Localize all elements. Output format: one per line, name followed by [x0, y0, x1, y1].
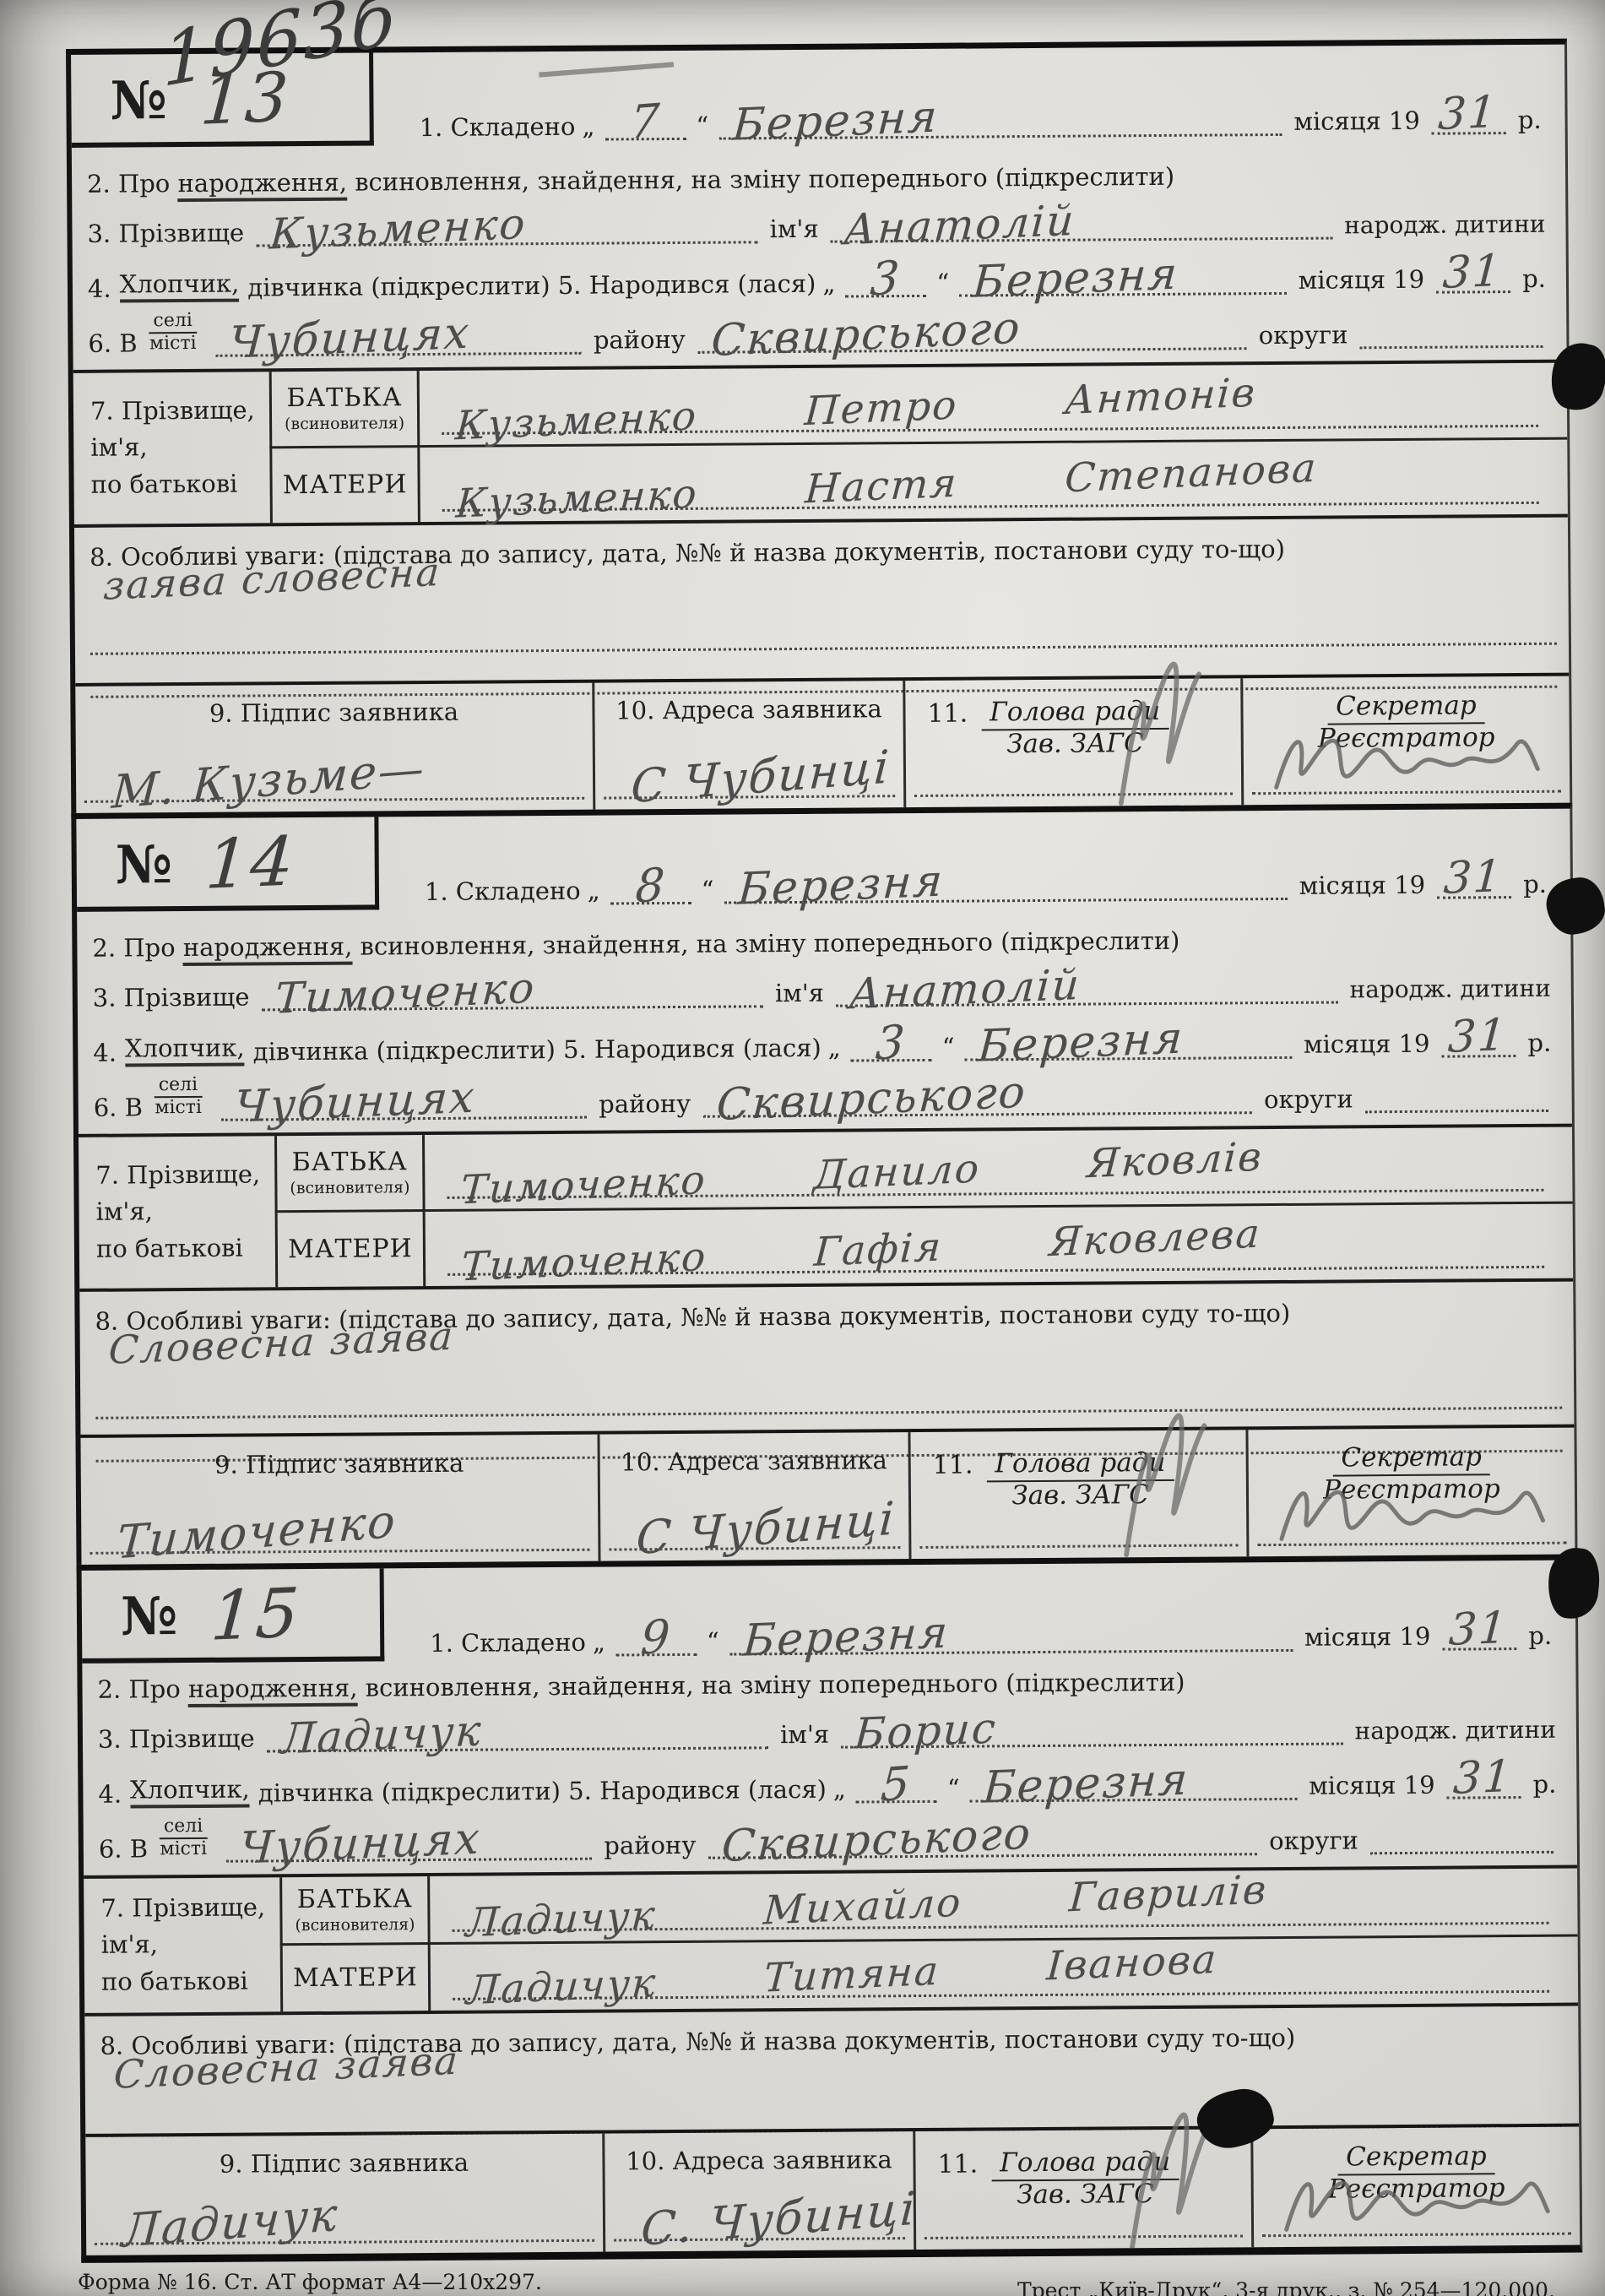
birth-day-field: 3 — [845, 259, 926, 298]
mother-label: МАТЕРИ — [293, 1962, 418, 1993]
surname-label: 3. Прізвище — [93, 983, 250, 1012]
given-name-value: Анатолій — [843, 199, 1076, 252]
council-head-cell: 11. Голова ради Зав. ЗАГС — [908, 1430, 1246, 1559]
surname-label: 3. Прізвище — [87, 219, 244, 248]
child-name-line: 3. Прізвище Тимоченко ім'я Анатолій наро… — [78, 964, 1571, 1012]
quote-close: “ — [947, 1774, 960, 1803]
parents-label-line2: по батькові — [101, 1962, 280, 2000]
adopter-label: (всиновителя) — [295, 1915, 415, 1935]
composed-day-field: 8 — [610, 866, 691, 905]
applicant-signature-label: 9. Підпис заявника — [81, 1448, 598, 1480]
father-value: Тимоченко Данило Яковлів — [459, 1137, 1264, 1210]
boy-underlined: Хлопчик, — [119, 269, 239, 303]
line2-underlined-birth: народження, — [177, 168, 347, 202]
district-value: Сквирського — [720, 1811, 1033, 1869]
line2-underlined-birth: народження, — [188, 1674, 358, 1707]
village-town-fraction: селі місті — [149, 311, 197, 354]
line4-mid: дівчинка (підкреслити) 5. Народився (лас… — [258, 1775, 827, 1808]
child-label: народж. дитини — [1354, 1716, 1556, 1745]
applicant-address-value: С Чубинці — [630, 744, 892, 810]
record-number-box: № 14 — [76, 817, 379, 911]
secretary-cell: Секретар Реєстратор — [1240, 676, 1570, 806]
parents-section: 7. Прізвище, ім'я, по батькові БАТЬКА (в… — [84, 1864, 1578, 2016]
composed-day-field: 7 — [605, 102, 686, 141]
record-header: № 14 1. Складено „ 8 “ Березня місяця 19… — [76, 809, 1570, 912]
given-name-field: Борис — [841, 1707, 1343, 1748]
quote-close: “ — [702, 876, 714, 904]
composed-line: 1. Складено „ 8 “ Березня місяця 19 31 р… — [378, 809, 1570, 910]
birth-month-field: Березня — [959, 257, 1287, 297]
district-label: району — [604, 1830, 696, 1859]
given-name-field: Анатолій — [831, 202, 1333, 243]
secretary-cell: Секретар Реєстратор — [1250, 2127, 1580, 2248]
month-prefix: місяця 19 — [1299, 265, 1425, 295]
council-head-fraction: Голова ради Зав. ЗАГС — [986, 1449, 1174, 1559]
village-field: Чубинцях — [215, 316, 582, 356]
mother-entry: Ладичук Титяна Іванова — [431, 1936, 1579, 2010]
line2-pre: 2. Про — [97, 1675, 180, 1704]
birth-day-value: 3 — [870, 255, 903, 303]
parents-section: 7. Прізвище, ім'я, по батькові БАТЬКА (в… — [73, 359, 1568, 527]
dotted-rule — [95, 1406, 1562, 1419]
quote-open: „ — [588, 877, 600, 905]
record-number-value: 15 — [209, 1579, 303, 1651]
remarks-line: 8. Особливі уваги: (підстава до запису, … — [95, 1295, 1562, 1379]
secretary-fraction: Секретар Реєстратор — [1318, 692, 1495, 804]
birth-year-value: 31 — [1447, 1013, 1509, 1060]
line2-underlined-birth: народження, — [183, 932, 353, 966]
month-prefix: місяця 19 — [1299, 871, 1426, 900]
council-head-cell: 11. Голова ради Зав. ЗАГС — [903, 678, 1241, 807]
quote-close: “ — [936, 269, 949, 297]
no-sign: № — [115, 833, 174, 895]
composed-month-field: Березня — [718, 98, 1282, 140]
quote-close: “ — [707, 1627, 719, 1656]
father-label: БАТЬКА — [292, 1147, 408, 1177]
boy-underlined: Хлопчик, — [130, 1775, 250, 1809]
father-entry: Тимоченко Данило Яковлів — [425, 1126, 1573, 1211]
birth-day-field: 5 — [856, 1765, 937, 1804]
child-label: народж. дитини — [1349, 974, 1551, 1004]
secretary-fraction: Секретар Реєстратор — [1323, 1443, 1500, 1555]
mother-role-cell: МАТЕРИ — [275, 1212, 426, 1287]
village-value: Чубинцях — [238, 1816, 482, 1870]
mother-field: Кузьменко Настя Степанова — [442, 501, 1539, 511]
name-label: ім'я — [780, 1720, 829, 1749]
applicant-signature-value: Ладичук — [121, 2192, 340, 2255]
birth-month-value: Березня — [972, 252, 1180, 304]
birth-year-field: 31 — [1436, 255, 1510, 294]
zags-head-label: Зав. ЗАГС — [1006, 730, 1144, 760]
okruha-field — [1370, 1815, 1553, 1854]
father-entry: Кузьменко Петро Антонів — [420, 362, 1568, 447]
father-role-cell: БАТЬКА (всиновителя) — [269, 371, 420, 448]
village-word: селі — [160, 1816, 208, 1839]
parents-label: 7. Прізвище, ім'я, по батькові — [84, 1889, 280, 2000]
father-field: Ладичук Михайло Гаврилів — [453, 1921, 1549, 1931]
applicant-signature-label: 9. Підпис заявника — [75, 697, 592, 729]
remarks-line: 8. Особливі уваги: (підстава до запису, … — [100, 2019, 1567, 2103]
surname-label: 3. Прізвище — [98, 1723, 255, 1753]
district-label: району — [599, 1088, 691, 1118]
sex-and-birthdate-line: 4. Хлопчик, дівчинка (підкреслити) 5. На… — [73, 255, 1566, 303]
applicant-address-cell: 10. Адреса заявника С. Чубинці — [602, 2131, 914, 2252]
parents-section: 7. Прізвище, ім'я, по батькові БАТЬКА (в… — [79, 1123, 1573, 1291]
town-word: місті — [160, 1839, 207, 1859]
scanned-registry-page: 1963б № 13 1. Складено „ 7 “ Березня міс… — [0, 0, 1605, 2296]
applicant-address-label: 10. Адреса заявника — [594, 694, 903, 725]
form-number-footnote: Форма № 16. Ст. АТ формат А4—210х297. — [78, 2270, 542, 2294]
line2-post: всиновлення, знайдення, на зміну поперед… — [360, 926, 1179, 961]
father-entry: Ладичук Михайло Гаврилів — [430, 1868, 1578, 1944]
father-label: БАТЬКА — [286, 383, 402, 413]
father-role-cell: БАТЬКА (всиновителя) — [279, 1876, 431, 1946]
father-role-cell: БАТЬКА (всиновителя) — [274, 1135, 426, 1213]
applicant-signature-label: 9. Підпис заявника — [85, 2147, 602, 2179]
given-name-field: Анатолій — [836, 966, 1338, 1007]
secretary-label: Секретар — [1327, 692, 1485, 725]
remarks-line: 8. Особливі уваги: (підстава до запису, … — [89, 530, 1557, 615]
given-name-value: Борис — [854, 1707, 999, 1755]
quote-open: „ — [828, 1034, 841, 1062]
council-head-label: Голова ради — [991, 2148, 1179, 2182]
mother-role-cell: МАТЕРИ — [280, 1945, 431, 2011]
registrar-label: Реєстратор — [1323, 1476, 1500, 1506]
village-town-fraction: селі місті — [160, 1816, 208, 1859]
composed-year-value: 31 — [1442, 855, 1504, 901]
village-value: Чубинцях — [233, 1075, 477, 1129]
quote-open: „ — [822, 269, 835, 298]
district-value: Сквирського — [715, 1070, 1028, 1127]
month-prefix: місяця 19 — [1304, 1029, 1430, 1059]
place-line: 6. В селі місті Чубинцях району Сквирськ… — [84, 1807, 1577, 1864]
item-11-number: 11. — [927, 699, 968, 807]
birth-day-value: 3 — [875, 1019, 908, 1067]
composed-month-value: Березня — [731, 95, 940, 147]
quote-open: „ — [593, 1628, 605, 1657]
okruha-field — [1359, 309, 1543, 349]
district-field: Сквирського — [697, 312, 1247, 354]
quote-close: “ — [942, 1033, 955, 1061]
council-head-label: Голова ради — [981, 697, 1169, 731]
birth-year-value: 31 — [1452, 1755, 1514, 1801]
surname-value: Тимоченко — [274, 967, 537, 1020]
year-suffix: р. — [1518, 106, 1542, 134]
composed-month-field: Березня — [729, 1614, 1293, 1656]
secretary-fraction: Секретар Реєстратор — [1328, 2142, 1505, 2246]
council-head-cell: 11. Голова ради Зав. ЗАГС — [913, 2129, 1251, 2250]
applicant-address-value: С Чубинці — [635, 1495, 897, 1561]
record-header: № 15 1. Складено „ 9 “ Березня місяця 19… — [82, 1561, 1576, 1664]
secretary-label: Секретар — [1337, 2142, 1495, 2176]
remarks-section: 8. Особливі уваги: (підстава до запису, … — [84, 2019, 1579, 2137]
zags-head-label: Зав. ЗАГС — [1011, 1482, 1149, 1512]
in-label: 6. В — [94, 1093, 143, 1121]
council-head-fraction: Голова ради Зав. ЗАГС — [981, 697, 1169, 807]
surname-field: Ладичук — [266, 1711, 768, 1752]
item-11-number: 11. — [933, 1451, 974, 1559]
no-sign: № — [110, 69, 169, 131]
birth-year-value: 31 — [1441, 249, 1503, 296]
composed-year-field: 31 — [1432, 96, 1506, 135]
surname-value: Ладичук — [279, 1709, 483, 1760]
village-town-fraction: селі місті — [155, 1075, 203, 1118]
applicant-address-label: 10. Адреса заявника — [600, 1446, 908, 1477]
composed-label: 1. Складено — [420, 112, 576, 142]
surname-field: Тимоченко — [261, 969, 763, 1011]
record-type-line: 2. Про народження, всиновлення, знайденн… — [72, 160, 1565, 198]
applicant-signature-cell: 9. Підпис заявника Ладичук — [85, 2134, 603, 2255]
year-suffix: р. — [1523, 870, 1547, 898]
given-name-value: Анатолій — [849, 963, 1082, 1016]
signatures-table: 9. Підпис заявника Ладичук 10. Адреса за… — [85, 2124, 1580, 2255]
in-label: 6. В — [88, 328, 137, 357]
name-label: ім'я — [775, 979, 824, 1007]
village-field: Чубинцях — [220, 1080, 587, 1121]
line2-post: всиновлення, знайдення, на зміну поперед… — [366, 1668, 1185, 1702]
quote-close: “ — [696, 111, 708, 140]
record-type-line: 2. Про народження, всиновлення, знайденн… — [82, 1665, 1575, 1704]
mother-value: Кузьменко Настя Степанова — [455, 448, 1319, 524]
year-suffix: р. — [1528, 1621, 1552, 1650]
surname-value: Кузьменко — [268, 203, 528, 256]
composed-line: 1. Складено „ 7 “ Березня місяця 19 31 р… — [373, 45, 1565, 146]
birth-month-field: Березня — [970, 1762, 1298, 1803]
parents-label-line1: 7. Прізвище, ім'я, — [90, 392, 270, 466]
child-name-line: 3. Прізвище Кузьменко ім'я Анатолій наро… — [72, 200, 1565, 248]
father-field: Тимоченко Данило Яковлів — [447, 1188, 1543, 1198]
registration-form: 1963б № 13 1. Складено „ 7 “ Березня міс… — [66, 39, 1582, 2263]
record-13: № 13 1. Складено „ 7 “ Березня місяця 19… — [66, 39, 1572, 813]
birth-month-field: Березня — [964, 1021, 1292, 1061]
sex-and-birthdate-line: 4. Хлопчик, дівчинка (підкреслити) 5. На… — [78, 1019, 1571, 1067]
dotted-rule — [90, 642, 1557, 654]
parents-label-line1: 7. Прізвище, ім'я, — [100, 1889, 280, 1963]
town-word: місті — [149, 334, 197, 354]
composed-line: 1. Складено „ 9 “ Березня місяця 19 31 р… — [384, 1561, 1576, 1662]
line4-mid: дівчинка (підкреслити) 5. Народився (лас… — [247, 269, 816, 302]
name-label: ім'я — [769, 214, 818, 243]
birth-year-field: 31 — [1441, 1019, 1516, 1058]
district-field: Сквирського — [702, 1076, 1252, 1118]
secretary-label: Секретар — [1332, 1443, 1490, 1477]
birth-day-field: 3 — [851, 1023, 932, 1062]
secretary-cell: Секретар Реєстратор — [1245, 1428, 1575, 1557]
year-suffix: р. — [1527, 1029, 1551, 1057]
mother-field: Тимоченко Гафія Яковлева — [447, 1265, 1544, 1275]
village-word: селі — [149, 311, 197, 334]
mother-field: Ладичук Титяна Іванова — [453, 1989, 1549, 2000]
village-field: Чубинцях — [225, 1821, 592, 1862]
father-value: Кузьменко Петро Антонів — [454, 372, 1257, 446]
birth-month-value: Березня — [982, 1757, 1190, 1810]
birth-month-value: Березня — [977, 1016, 1185, 1068]
place-line: 6. В селі місті Чубинцях району Сквирськ… — [73, 301, 1566, 358]
father-label: БАТЬКА — [297, 1884, 413, 1914]
parents-label: 7. Прізвище, ім'я, по батькові — [79, 1156, 275, 1267]
record-14: № 14 1. Складено „ 8 “ Березня місяця 19… — [71, 803, 1577, 1565]
month-prefix: місяця 19 — [1304, 1622, 1431, 1652]
month-prefix: місяця 19 — [1309, 1771, 1435, 1800]
applicant-address-cell: 10. Адреса заявника С Чубинці — [592, 681, 903, 810]
village-word: селі — [155, 1075, 203, 1098]
year-suffix: р. — [1532, 1770, 1556, 1799]
council-head-fraction: Голова ради Зав. ЗАГС — [991, 2148, 1179, 2250]
applicant-address-cell: 10. Адреса заявника С Чубинці — [597, 1432, 908, 1561]
record-number-box: № 15 — [82, 1568, 385, 1663]
record-number-value: 14 — [204, 828, 298, 899]
mother-entry: Кузьменко Настя Степанова — [420, 439, 1568, 521]
composed-day-value: 7 — [629, 98, 663, 146]
village-value: Чубинцях — [227, 311, 471, 365]
month-prefix: місяця 19 — [1293, 106, 1420, 136]
line4-pre: 4. — [98, 1780, 122, 1809]
composed-label: 1. Складено — [425, 877, 581, 906]
district-field: Сквирського — [708, 1817, 1257, 1859]
father-field: Кузьменко Петро Антонів — [442, 424, 1538, 434]
parents-label-line2: по батькові — [96, 1229, 275, 1267]
signatures-table: 9. Підпис заявника М. Кузьме— 10. Адреса… — [75, 673, 1570, 813]
father-value: Ладичук Михайло Гаврилів — [464, 1870, 1268, 1943]
mother-label: МАТЕРИ — [288, 1234, 413, 1264]
mother-entry: Тимоченко Гафія Яковлева — [426, 1203, 1574, 1285]
registrar-label: Реєстратор — [1328, 2175, 1505, 2205]
composed-day-value: 8 — [634, 862, 668, 910]
line4-mid: дівчинка (підкреслити) 5. Народився (лас… — [253, 1034, 821, 1067]
mother-value: Ладичук Титяна Іванова — [465, 1939, 1219, 2010]
zags-head-label: Зав. ЗАГС — [1017, 2181, 1154, 2211]
composed-year-value: 31 — [1448, 1606, 1510, 1653]
line4-pre: 4. — [88, 274, 111, 303]
composed-day-value: 9 — [639, 1614, 673, 1662]
okruha-field — [1365, 1073, 1548, 1113]
year-suffix: р. — [1522, 264, 1546, 293]
line4-pre: 4. — [93, 1039, 117, 1067]
line2-pre: 2. Про — [87, 169, 170, 198]
printer-footnote: Трест „Київ-Друк“, 3-я друк., з. № 254—1… — [1017, 2278, 1555, 2296]
composed-month-field: Березня — [724, 862, 1287, 904]
applicant-signature-cell: 9. Підпис заявника Тимоченко — [80, 1435, 598, 1565]
composed-day-field: 9 — [615, 1618, 697, 1657]
composed-month-value: Березня — [736, 859, 945, 911]
line2-pre: 2. Про — [92, 933, 175, 963]
parents-label-line2: по батькові — [90, 465, 269, 503]
okruha-label: округи — [1269, 1826, 1358, 1855]
composed-month-value: Березня — [741, 1610, 950, 1663]
birth-year-field: 31 — [1446, 1761, 1521, 1799]
signatures-table: 9. Підпис заявника Тимоченко 10. Адреса … — [80, 1425, 1575, 1565]
birth-day-value: 5 — [880, 1761, 914, 1809]
record-15: № 15 1. Складено „ 9 “ Березня місяця 19… — [77, 1555, 1583, 2263]
quote-open: „ — [833, 1775, 846, 1804]
okruha-label: округи — [1259, 320, 1348, 350]
applicant-signature-cell: 9. Підпис заявника М. Кузьме— — [75, 683, 593, 813]
child-name-line: 3. Прізвище Ладичук ім'я Борис народж. д… — [83, 1706, 1576, 1754]
okruha-label: округи — [1264, 1084, 1353, 1114]
composed-year-value: 31 — [1437, 90, 1499, 137]
applicant-signature-value: М. Кузьме— — [111, 746, 427, 813]
mother-label: МАТЕРИ — [283, 470, 408, 500]
council-head-label: Голова ради — [986, 1449, 1174, 1483]
item-11-number: 11. — [937, 2150, 979, 2250]
adopter-label: (всиновителя) — [285, 414, 404, 433]
line2-post: всиновлення, знайдення, на зміну поперед… — [355, 162, 1174, 197]
district-value: Сквирського — [709, 306, 1022, 363]
composed-label: 1. Складено — [430, 1628, 586, 1658]
boy-underlined: Хлопчик, — [125, 1034, 245, 1067]
composed-year-field: 31 — [1442, 1612, 1516, 1651]
record-type-line: 2. Про народження, всиновлення, знайденн… — [77, 924, 1570, 963]
in-label: 6. В — [99, 1834, 148, 1863]
mother-role-cell: МАТЕРИ — [269, 448, 420, 523]
district-label: району — [594, 324, 686, 354]
town-word: місті — [155, 1098, 202, 1118]
mother-value: Тимоченко Гафія Яковлева — [460, 1213, 1262, 1287]
applicant-address-value: С. Чубинці — [640, 2185, 918, 2253]
parents-label-line1: 7. Прізвище, ім'я, — [95, 1156, 275, 1230]
composed-year-field: 31 — [1437, 860, 1511, 899]
registrar-label: Реєстратор — [1318, 725, 1495, 754]
no-sign: № — [121, 1585, 180, 1647]
child-label: народж. дитини — [1344, 210, 1546, 240]
place-line: 6. В селі місті Чубинцях району Сквирськ… — [78, 1066, 1571, 1122]
applicant-signature-value: Тимоченко — [116, 1499, 398, 1565]
remarks-section: 8. Особливі уваги: (підстава до запису, … — [74, 530, 1569, 698]
adopter-label: (всиновителя) — [290, 1178, 409, 1197]
quote-open: „ — [582, 112, 594, 141]
parents-label: 7. Прізвище, ім'я, по батькові — [73, 392, 270, 503]
surname-field: Кузьменко — [256, 205, 758, 247]
applicant-address-label: 10. Адреса заявника — [605, 2145, 913, 2176]
sex-and-birthdate-line: 4. Хлопчик, дівчинка (підкреслити) 5. На… — [83, 1761, 1576, 1809]
